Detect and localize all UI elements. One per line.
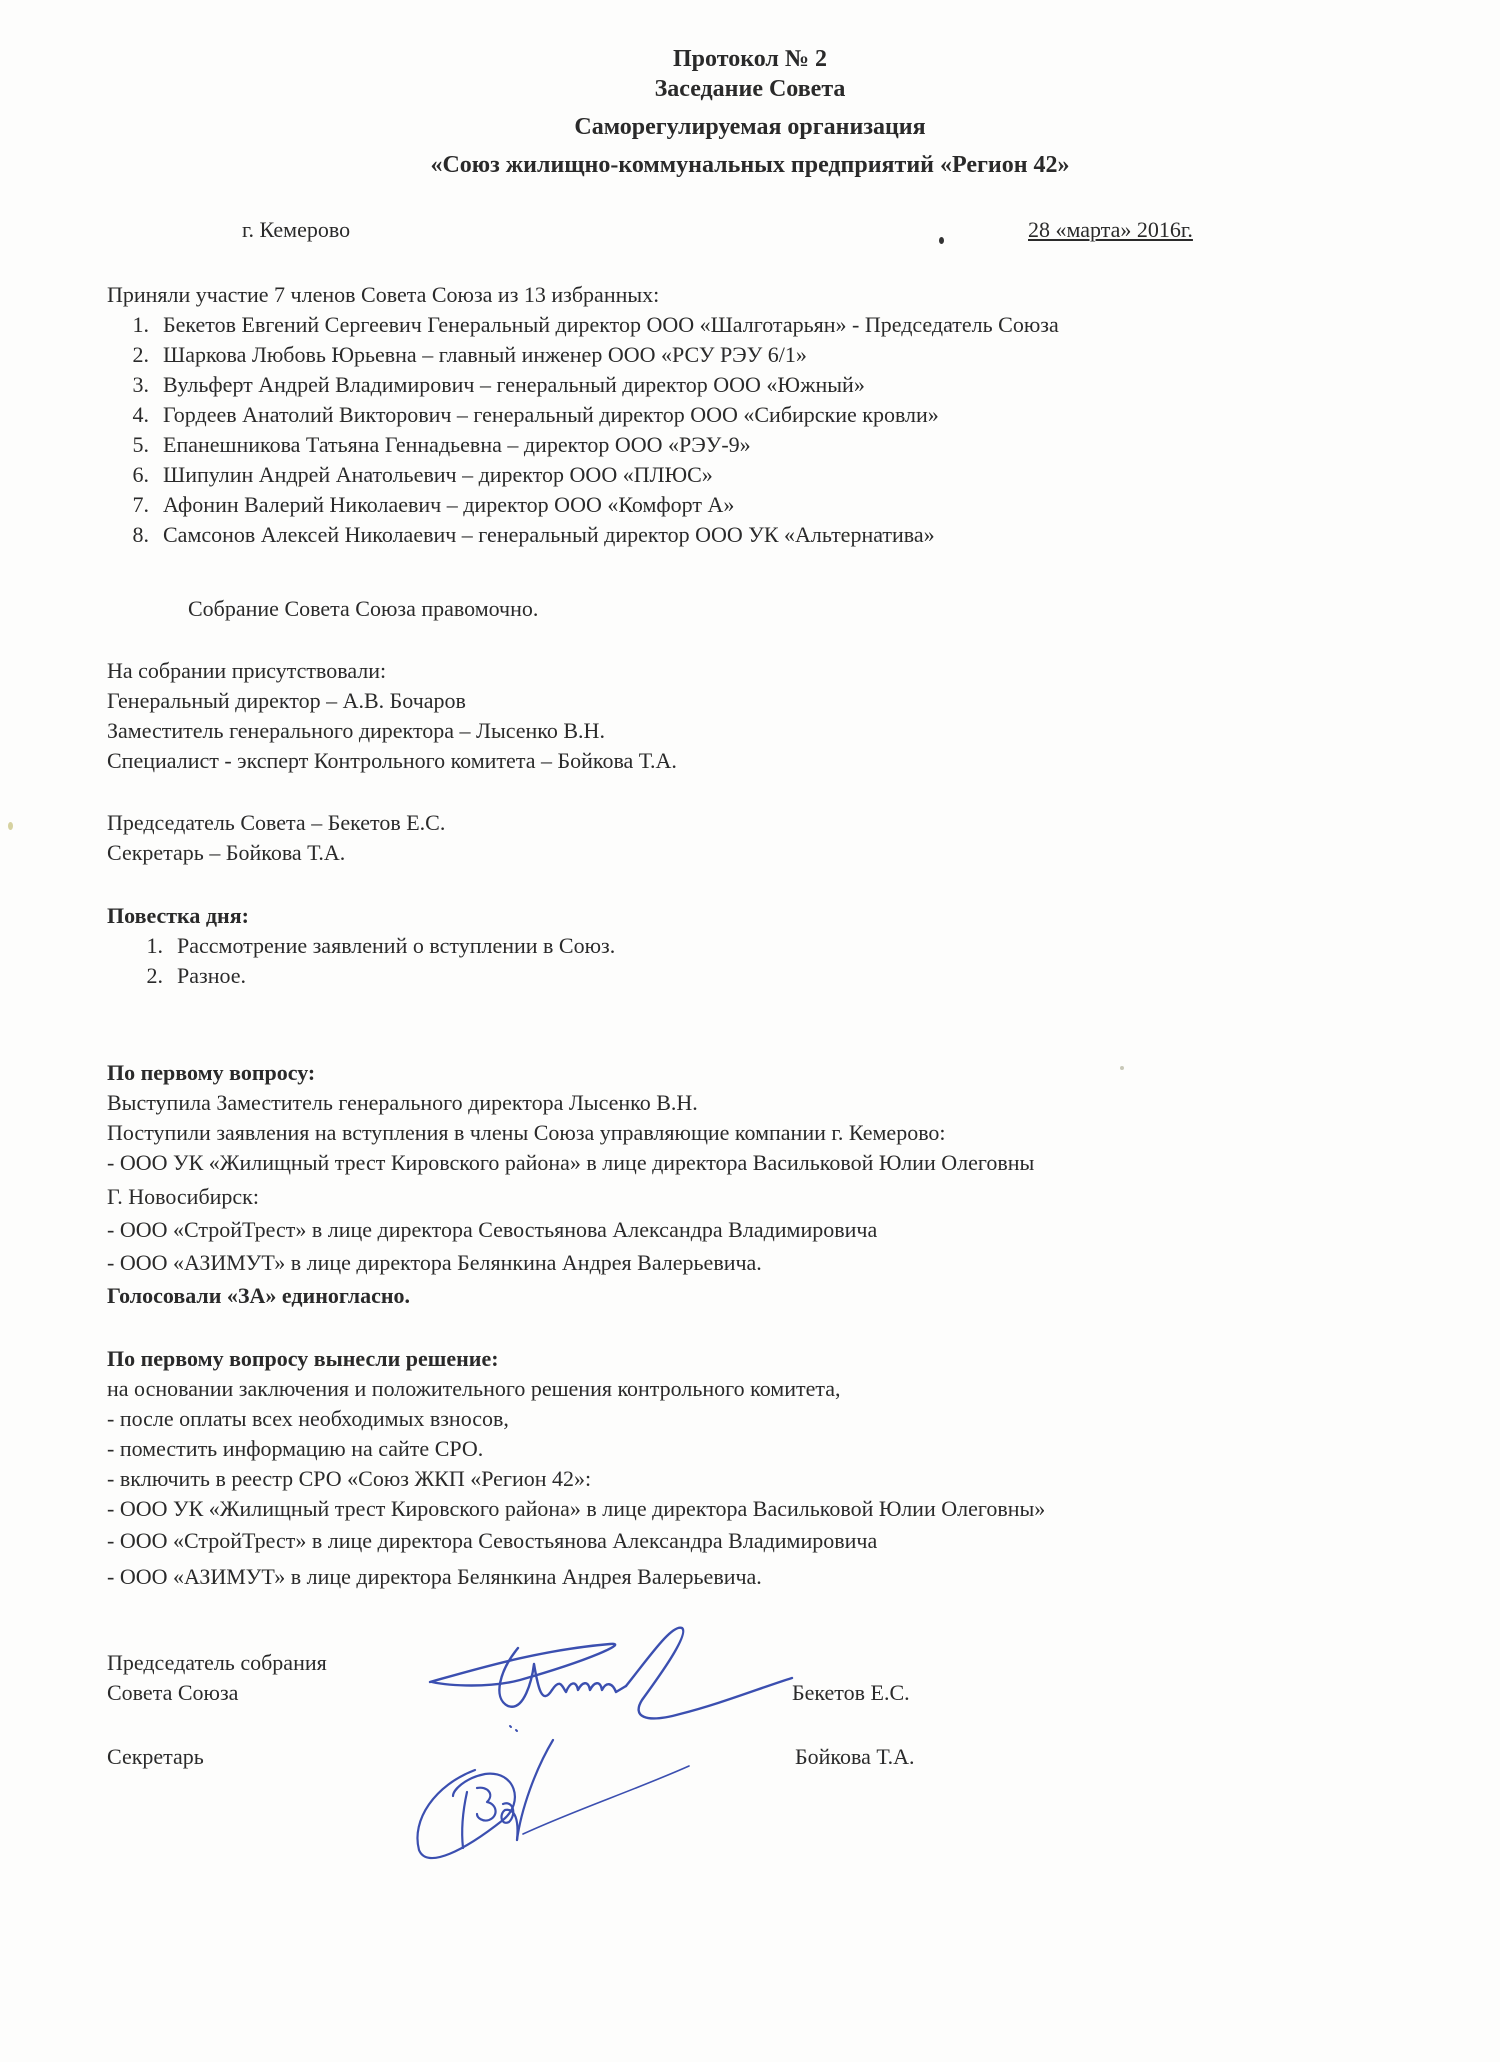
- attendee-line: Специалист - эксперт Контрольного комите…: [107, 746, 677, 776]
- quorum-statement: Собрание Совета Союза правомочно.: [188, 594, 538, 624]
- first-question-line: - ООО «СтройТрест» в лице директора Сево…: [107, 1215, 877, 1245]
- decision-line: - ООО «СтройТрест» в лице директора Сево…: [107, 1526, 877, 1556]
- scan-speck: [8, 822, 13, 830]
- list-item: 1.Бекетов Евгений Сергеевич Генеральный …: [107, 310, 1059, 340]
- list-item: 1.Рассмотрение заявлений о вступлении в …: [121, 931, 615, 961]
- org-name: «Союз жилищно-коммунальных предприятий «…: [0, 152, 1500, 179]
- agenda-list: 1.Рассмотрение заявлений о вступлении в …: [121, 931, 615, 991]
- scan-speck: [1120, 1066, 1124, 1070]
- attendee-line: Заместитель генерального директора – Лыс…: [107, 716, 605, 746]
- decision-line: - включить в реестр СРО «Союз ЖКП «Регио…: [107, 1464, 591, 1494]
- first-question-line: - ООО УК «Жилищный трест Кировского райо…: [107, 1148, 1034, 1178]
- decision-line: - ООО УК «Жилищный трест Кировского райо…: [107, 1494, 1045, 1524]
- chair-line: Председатель Совета – Бекетов Е.С.: [107, 808, 445, 838]
- participant-list: 1.Бекетов Евгений Сергеевич Генеральный …: [107, 310, 1059, 550]
- vote-result: Голосовали «ЗА» единогласно.: [107, 1281, 410, 1311]
- list-item: 2.Разное.: [121, 961, 615, 991]
- participants-intro: Приняли участие 7 членов Совета Союза из…: [107, 280, 659, 310]
- first-question-line: Г. Новосибирск:: [107, 1182, 259, 1212]
- meeting-date: 28 «марта» 2016г.: [1028, 215, 1193, 245]
- chair-signature-label: Председатель собрания: [107, 1648, 327, 1678]
- list-item: 3.Вульферт Андрей Владимирович – генерал…: [107, 370, 1059, 400]
- agenda-heading: Повестка дня:: [107, 901, 249, 931]
- city: г. Кемерово: [242, 215, 350, 245]
- scan-speck: [939, 237, 944, 244]
- decision-line: на основании заключения и положительного…: [107, 1374, 841, 1404]
- list-item: 4.Гордеев Анатолий Викторович – генераль…: [107, 400, 1059, 430]
- attendee-line: Генеральный директор – А.В. Бочаров: [107, 686, 466, 716]
- decision-line: - после оплаты всех необходимых взносов,: [107, 1404, 509, 1434]
- document-page: Протокол № 2 Заседание Совета Саморегули…: [0, 0, 1500, 2062]
- chair-signature-label-2: Совета Союза: [107, 1678, 238, 1708]
- list-item: 6.Шипулин Андрей Анатольевич – директор …: [107, 460, 1059, 490]
- first-question-line: Поступили заявления на вступления в член…: [107, 1118, 946, 1148]
- list-item: 8.Самсонов Алексей Николаевич – генераль…: [107, 520, 1059, 550]
- protocol-title: Протокол № 2: [0, 46, 1500, 73]
- org-type: Саморегулируемая организация: [0, 114, 1500, 141]
- first-question-line: - ООО «АЗИМУТ» в лице директора Белянкин…: [107, 1248, 762, 1278]
- secretary-signature-label: Секретарь: [107, 1742, 204, 1772]
- list-item: 7.Афонин Валерий Николаевич – директор О…: [107, 490, 1059, 520]
- list-item: 2.Шаркова Любовь Юрьевна – главный инжен…: [107, 340, 1059, 370]
- list-item: 5.Епанешникова Татьяна Геннадьевна – дир…: [107, 430, 1059, 460]
- secretary-line: Секретарь – Бойкова Т.А.: [107, 838, 345, 868]
- attendees-intro: На собрании присутствовали:: [107, 656, 386, 686]
- meeting-title: Заседание Совета: [0, 76, 1500, 103]
- first-question-heading: По первому вопросу:: [107, 1058, 315, 1088]
- chair-signature-icon: [420, 1620, 800, 1740]
- decision-heading: По первому вопросу вынесли решение:: [107, 1344, 499, 1374]
- decision-line: - поместить информацию на сайте СРО.: [107, 1434, 483, 1464]
- first-question-line: Выступила Заместитель генерального дирек…: [107, 1088, 698, 1118]
- secretary-name: Бойкова Т.А.: [795, 1742, 914, 1772]
- decision-line: - ООО «АЗИМУТ» в лице директора Белянкин…: [107, 1562, 762, 1592]
- secretary-signature-icon: [405, 1730, 695, 1880]
- chair-name: Бекетов Е.С.: [792, 1678, 910, 1708]
